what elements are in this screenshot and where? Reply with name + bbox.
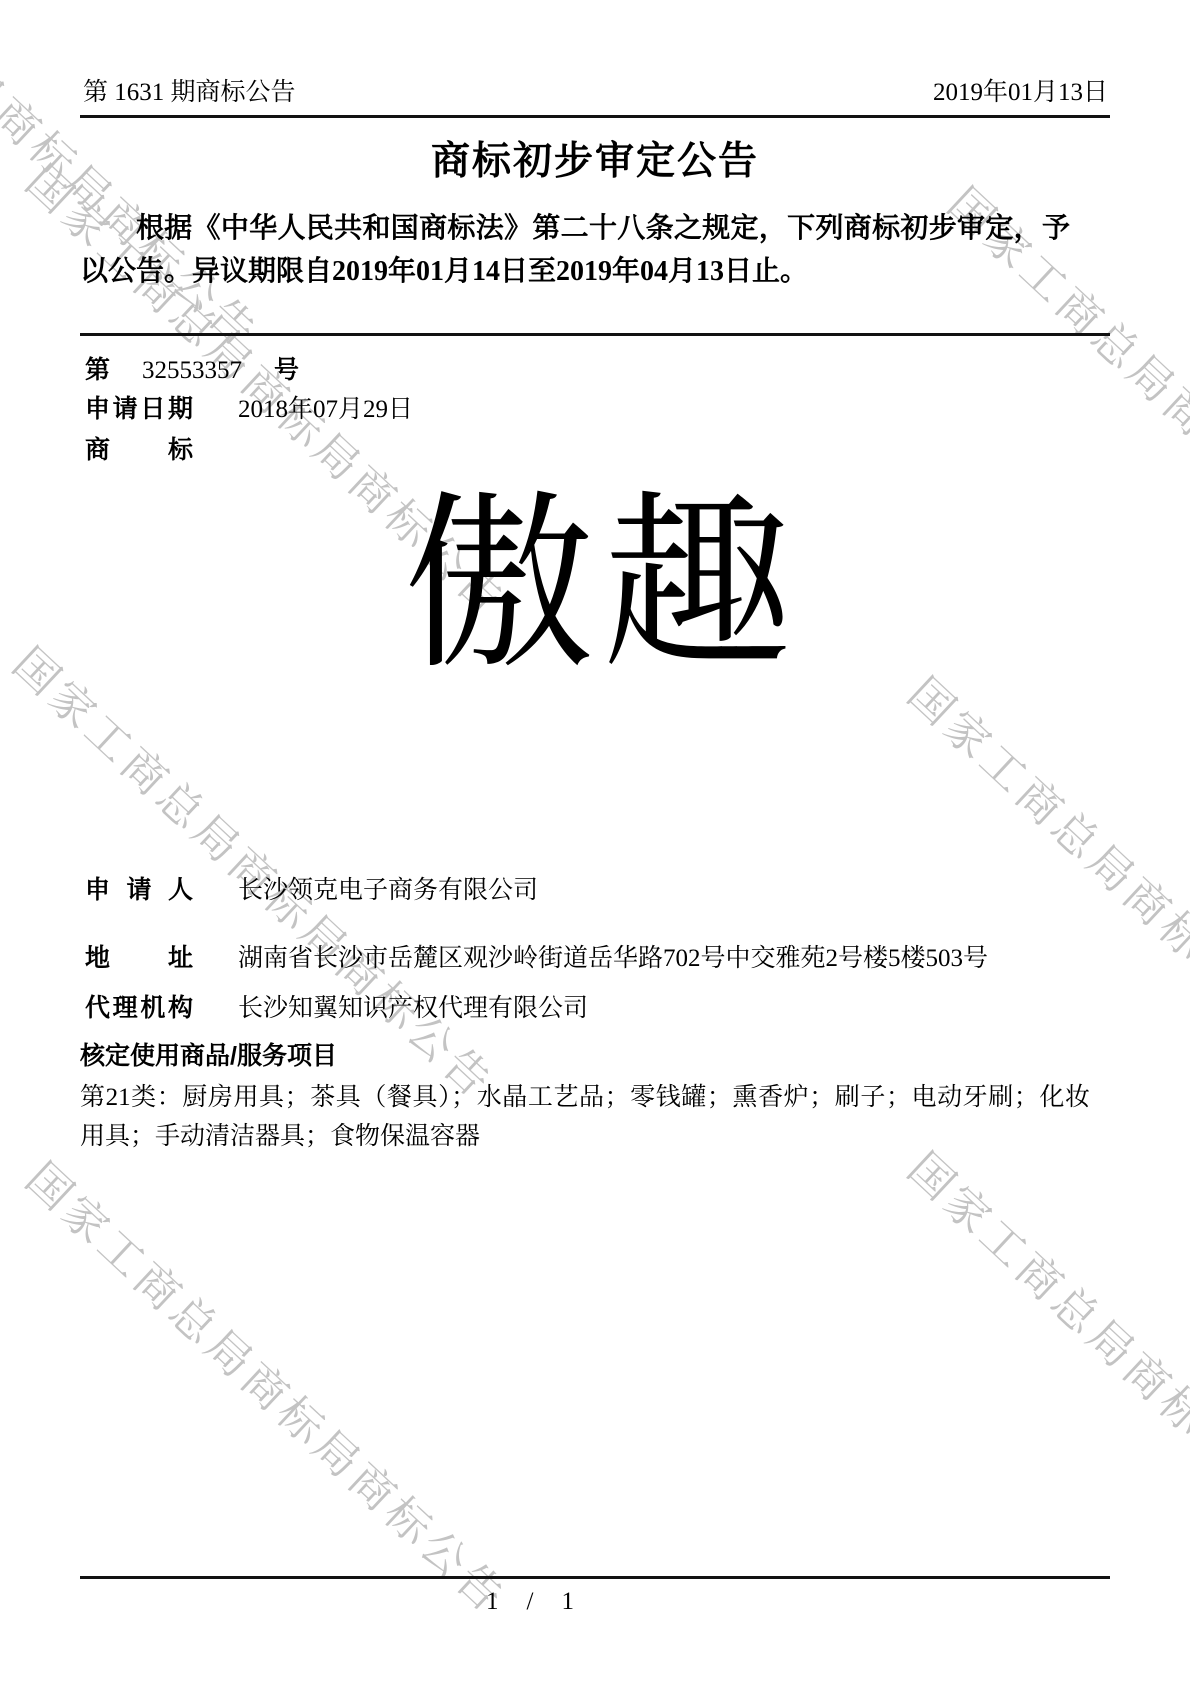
gazette-page: 国家工商总局商标局商标公告 国家工商总局商标局商标公告 国家工商总局商标局商标公… [0,0,1190,1684]
section-rule [80,333,1110,336]
address-row: 地 址 湖南省长沙市岳麓区观沙岭街道岳华路702号中交雅苑2号楼5楼503号 [85,938,988,974]
application-number-suffix: 号 [274,350,299,386]
header-date: 2019年01月13日 [933,72,1108,108]
page-header: 第 1631 期商标公告 2019年01月13日 [83,72,1108,108]
header-rule [80,115,1110,118]
address-value: 湖南省长沙市岳麓区观沙岭街道岳华路702号中交雅苑2号楼5楼503号 [238,938,988,974]
application-date-value: 2018年07月29日 [238,389,413,425]
applicant-label: 申 请 人 [85,870,193,906]
application-number: 32553357 [142,357,242,385]
goods-list: 第21类：厨房用具；茶具（餐具）；水晶工艺品；零钱罐；熏香炉；刷子；电动牙刷；化… [80,1078,1090,1156]
page-title: 商标初步审定公告 [0,130,1190,186]
application-date-label: 申请日期 [85,389,193,425]
agency-value: 长沙知翼知识产权代理有限公司 [238,988,588,1024]
watermark-text: 国家工商总局商标局商标公告 [14,1145,524,1626]
page-number-total: 1 [561,1588,574,1616]
trademark-label-row: 商 标 [85,430,193,466]
application-date-row: 申请日期 2018年07月29日 [85,389,413,425]
footer-rule [80,1576,1110,1579]
applicant-value: 长沙领克电子商务有限公司 [238,870,538,906]
header-issue: 第 1631 期商标公告 [83,72,296,108]
trademark-label: 商 标 [85,430,193,466]
trademark-image-text: 傲趣 [0,482,1190,687]
applicant-row: 申 请 人 长沙领克电子商务有限公司 [85,870,538,906]
page-number-separator: / [527,1588,534,1616]
watermark-text: 国家工商总局商标局商标公告 [896,660,1190,1141]
application-number-prefix: 第 [85,350,110,386]
page-number-current: 1 [486,1588,499,1616]
address-label: 地 址 [85,938,193,974]
intro-paragraph: 根据《中华人民共和国商标法》第二十八条之规定，下列商标初步审定，予以公告。异议期… [80,207,1070,293]
application-number-row: 第 32553357 号 [85,350,299,386]
page-number: 1 / 1 [0,1588,1060,1616]
goods-section-header: 核定使用商品/服务项目 [80,1036,337,1072]
watermark-text: 国家工商总局商标局商标公告 [896,1135,1190,1616]
agency-row: 代理机构 长沙知翼知识产权代理有限公司 [85,988,588,1024]
agency-label: 代理机构 [85,988,193,1024]
